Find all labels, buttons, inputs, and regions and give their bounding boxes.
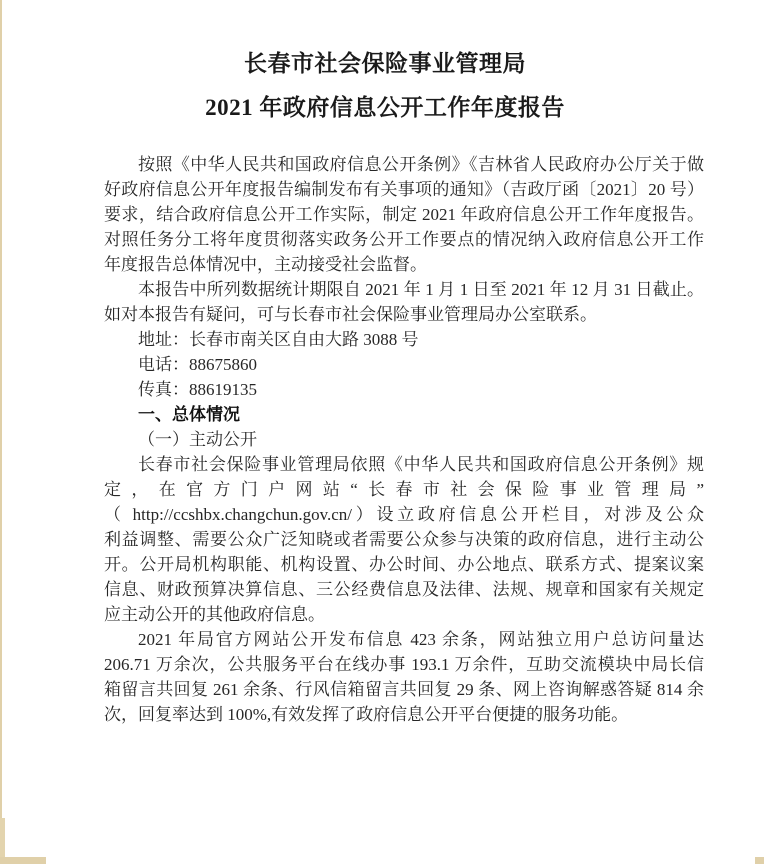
text-line: 206.71 万余次，公共服务平台在线办事 193.1 万余件，互助交流模块中局… <box>104 652 704 677</box>
text-line: 次，回复率达到 100%,有效发挥了政府信息公开平台便捷的服务功能。 <box>104 702 704 727</box>
section-subheading-proactive-disclosure: （一）主动公开 <box>104 427 704 452</box>
title-block: 长春市社会保险事业管理局 2021 年政府信息公开工作年度报告 <box>0 50 764 122</box>
page-backdrop-bottom-left <box>0 857 46 864</box>
paragraph-website-statistics: 2021 年局官方网站公开发布信息 423 余条，网站独立用户总访问量达206.… <box>104 627 704 727</box>
text-line: 利益调整、需要公众广泛知晓或者需要公众参与决策的政府信息，进行主动公 <box>104 527 704 552</box>
text-line: （ http://ccshbx.changchun.gov.cn/）设立政府信息… <box>104 502 704 527</box>
text-line: 长春市社会保险事业管理局依照《中华人民共和国政府信息公开条例》规 <box>104 452 704 477</box>
paragraph-intro: 按照《中华人民共和国政府信息公开条例》《吉林省人民政府办公厅关于做好政府信息公开… <box>104 152 704 277</box>
text-line: 好政府信息公开年度报告编制发布有关事项的通知》（吉政厅函〔2021〕20 号） <box>104 177 704 202</box>
document-body: 按照《中华人民共和国政府信息公开条例》《吉林省人民政府办公厅关于做好政府信息公开… <box>104 152 704 727</box>
text-line: 定，在官方门户网站“长春市社会保险事业管理局” <box>104 477 704 502</box>
text-line: 2021 年局官方网站公开发布信息 423 余条，网站独立用户总访问量达 <box>104 627 704 652</box>
document-title: 长春市社会保险事业管理局 <box>0 50 764 78</box>
page-backdrop-bottom-right <box>755 857 764 864</box>
text-line: 要求，结合政府信息公开工作实际，制定 2021 年政府信息公开工作年度报告。 <box>104 202 704 227</box>
paragraph-statistics-period: 本报告中所列数据统计期限自 2021 年 1 月 1 日至 2021 年 12 … <box>104 277 704 327</box>
paragraph-disclosure-scope: 长春市社会保险事业管理局依照《中华人民共和国政府信息公开条例》规定，在官方门户网… <box>104 452 704 627</box>
contact-fax-line: 传真：88619135 <box>104 377 704 402</box>
text-line: 开。公开局机构职能、机构设置、办公时间、办公地点、联系方式、提案议案 <box>104 552 704 577</box>
text-line: 应主动公开的其他政府信息。 <box>104 602 704 627</box>
text-line: 本报告中所列数据统计期限自 2021 年 1 月 1 日至 2021 年 12 … <box>104 277 704 302</box>
text-line: 年度报告总体情况中，主动接受社会监督。 <box>104 252 704 277</box>
text-line: 箱留言共回复 261 余条、行风信箱留言共回复 29 条、网上咨询解惑答疑 81… <box>104 677 704 702</box>
text-line: 如对本报告有疑问，可与长春市社会保险事业管理局办公室联系。 <box>104 302 704 327</box>
contact-phone-line: 电话：88675860 <box>104 352 704 377</box>
text-line: 信息、财政预算决算信息、三公经费信息及法律、法规、规章和国家有关规定 <box>104 577 704 602</box>
document-subtitle: 2021 年政府信息公开工作年度报告 <box>0 94 764 122</box>
section-heading-overview: 一、总体情况 <box>104 402 704 427</box>
text-line: 按照《中华人民共和国政府信息公开条例》《吉林省人民政府办公厅关于做 <box>104 152 704 177</box>
text-line: 对照任务分工将年度贯彻落实政务公开工作要点的情况纳入政府信息公开工作 <box>104 227 704 252</box>
contact-address-line: 地址：长春市南关区自由大路 3088 号 <box>104 327 704 352</box>
page-backdrop-left-strip <box>0 0 2 864</box>
document-page: 长春市社会保险事业管理局 2021 年政府信息公开工作年度报告 按照《中华人民共… <box>0 0 764 864</box>
